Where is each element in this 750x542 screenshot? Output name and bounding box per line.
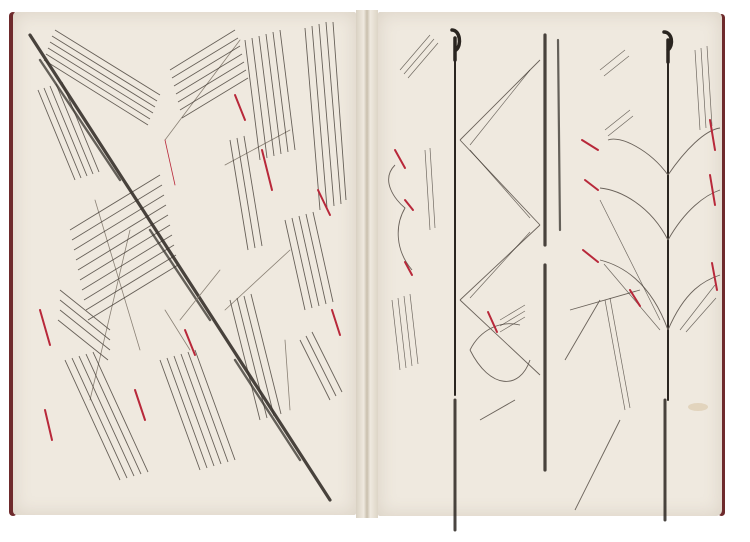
right-page-diagram — [0, 0, 750, 542]
paper-stain — [688, 403, 708, 411]
branch-lines — [389, 60, 720, 510]
manuscript-photo: Open manuscript with calligraphic geneal… — [0, 0, 750, 542]
